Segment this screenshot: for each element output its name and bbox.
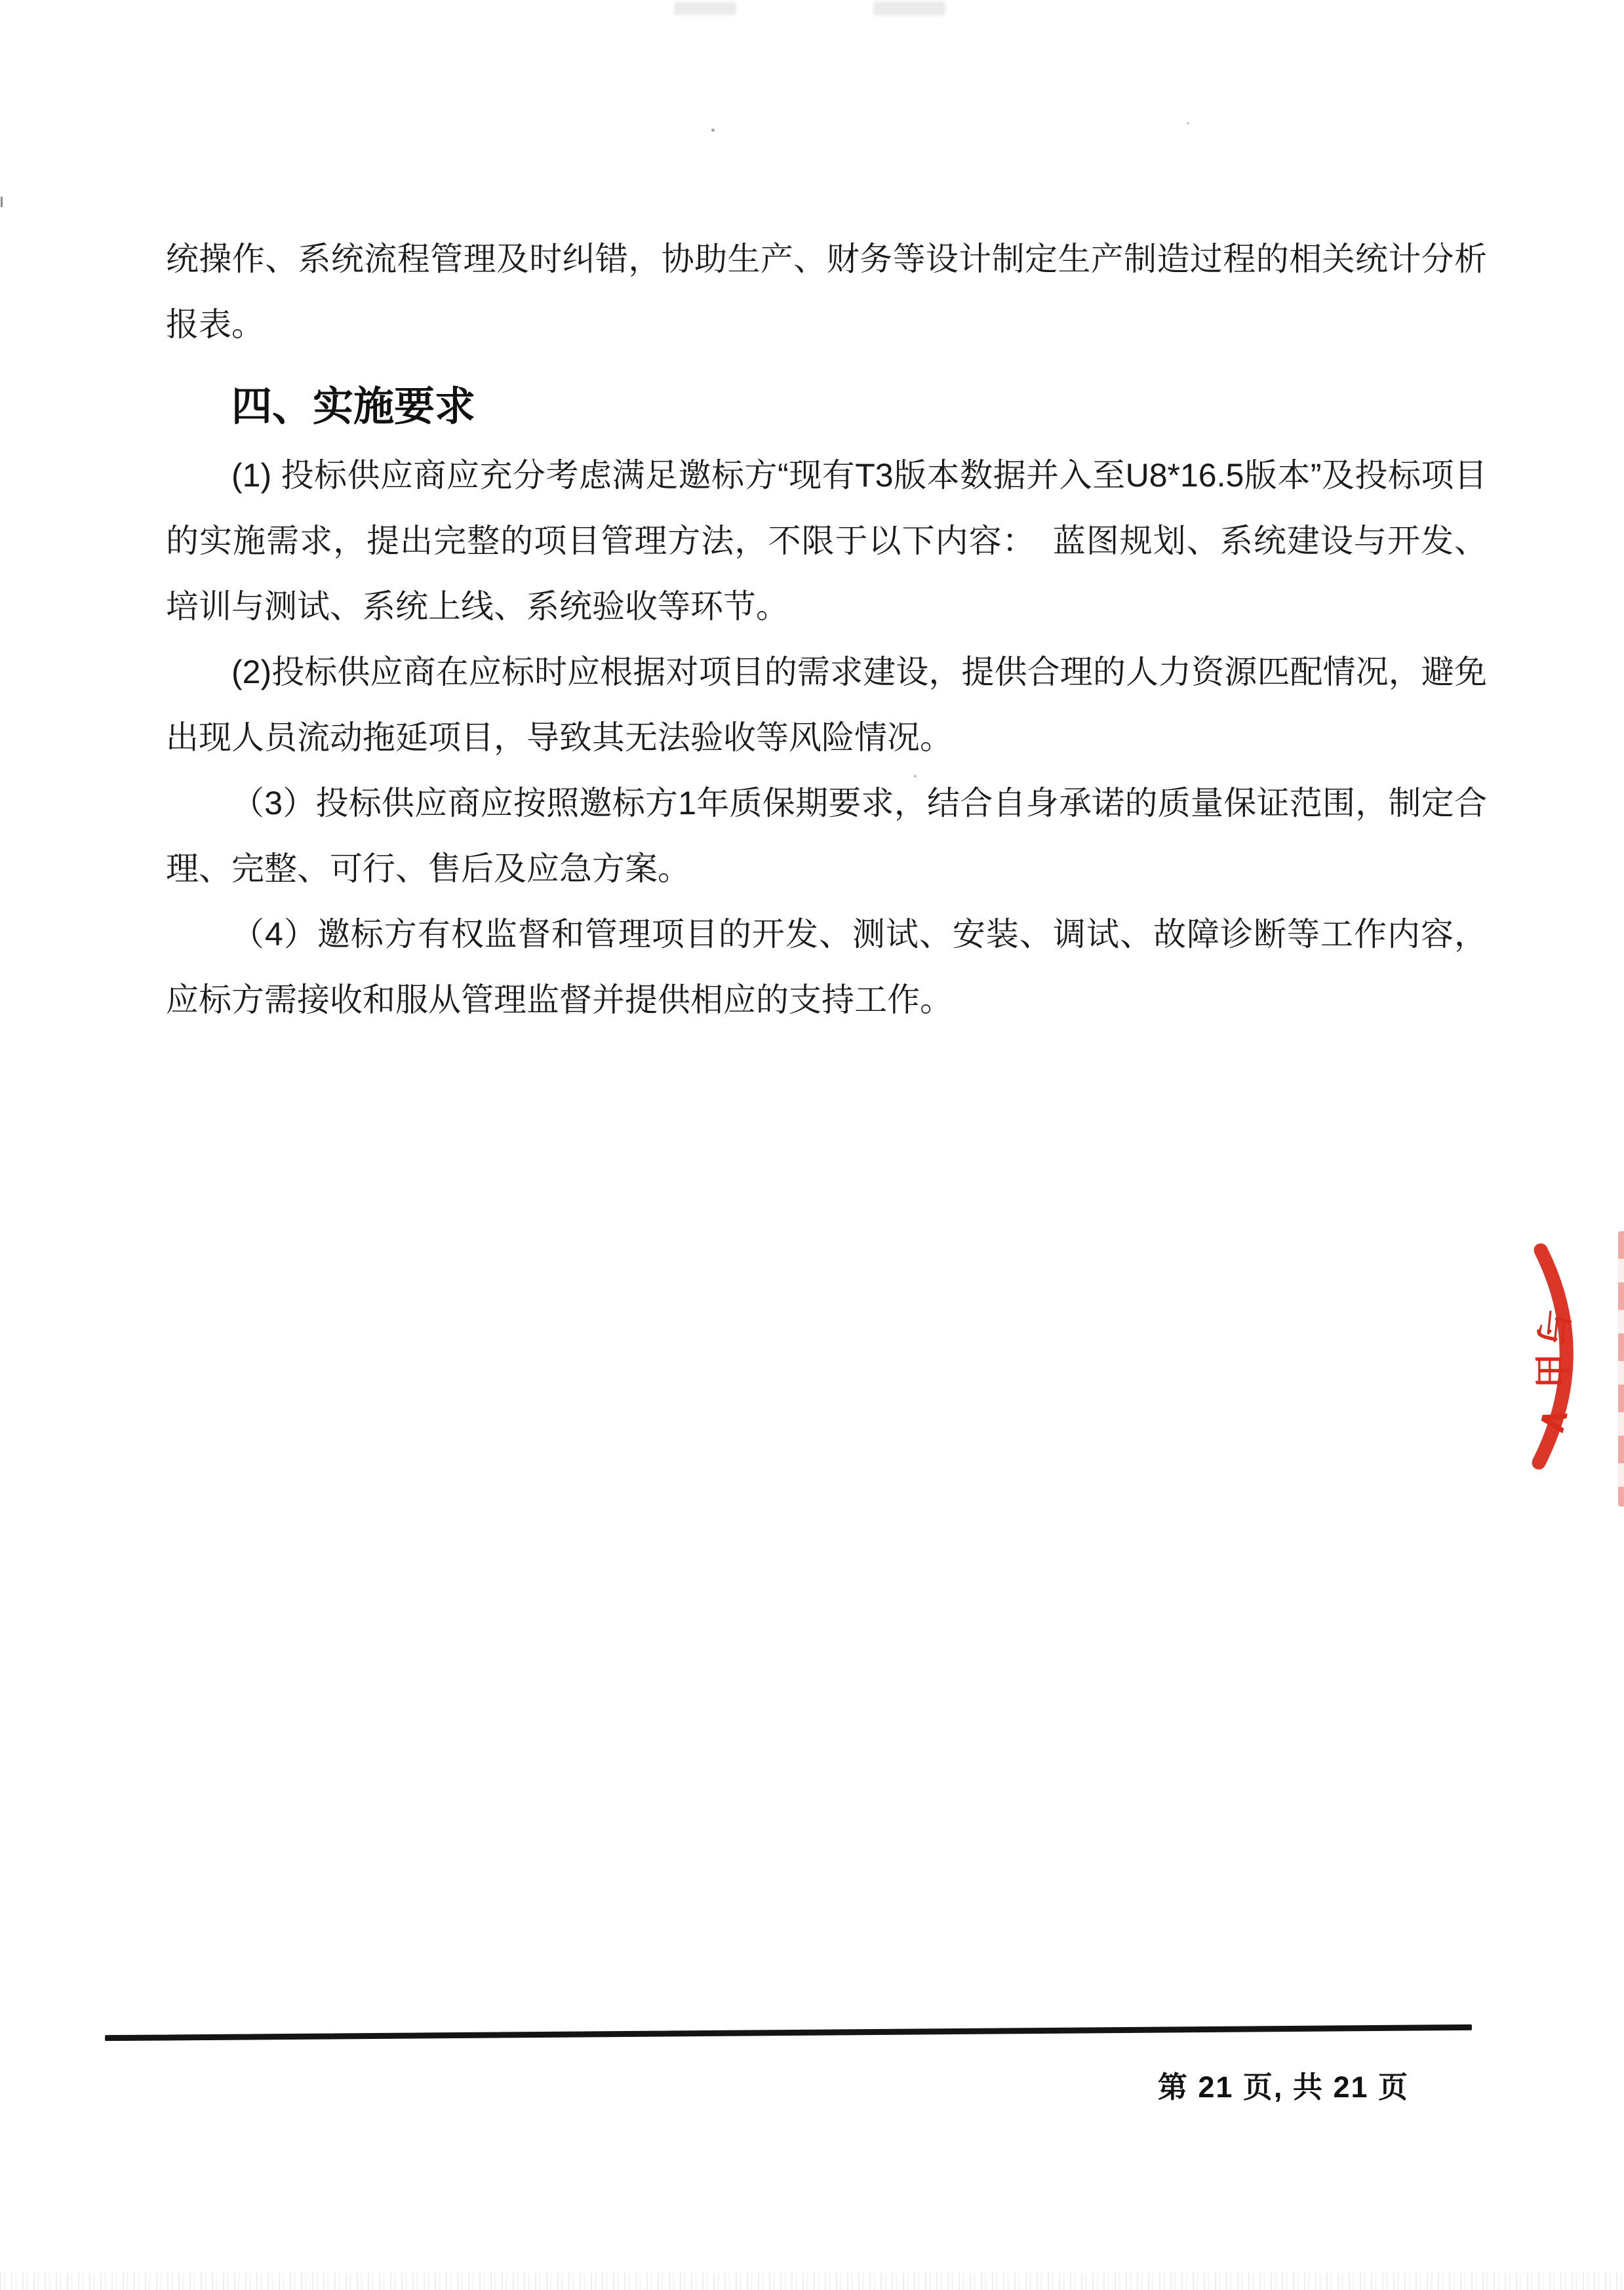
section-heading: 四、实施要求 <box>166 372 1487 443</box>
red-seal-stamp-partial: 与 由 ∨ <box>1495 1242 1624 1472</box>
seal-glyph: 由 <box>1531 1353 1570 1389</box>
document-page: 统操作、系统流程管理及时纠错，协助生产、财务等设计制定生产制造过程的相关统计分析… <box>0 0 1624 2290</box>
page-body: 统操作、系统流程管理及时纠错，协助生产、财务等设计制定生产制造过程的相关统计分析… <box>166 226 1487 1033</box>
scan-smudge <box>674 2 736 15</box>
paragraph-implementation-3: （3）投标供应商应按照邀标方1年质保期要求，结合自身承诺的质量保证范围，制定合理… <box>166 770 1487 901</box>
scan-edge-mark <box>1 197 3 207</box>
paragraph-implementation-1: (1) 投标供应商应充分考虑满足邀标方“现有T3版本数据并入至U8*16.5版本… <box>166 443 1487 639</box>
page-number-label: 第 21 页, 共 21 页 <box>1158 2063 1409 2106</box>
scan-speck <box>1187 122 1189 125</box>
paragraph-implementation-4: （4）邀标方有权监督和管理项目的开发、测试、安装、调试、故障诊断等工作内容，应标… <box>166 901 1487 1033</box>
scan-smudge <box>873 1 945 16</box>
paragraph-intro-continuation: 统操作、系统流程管理及时纠错，协助生产、财务等设计制定生产制造过程的相关统计分析… <box>166 226 1487 357</box>
footer-divider-line <box>105 2024 1472 2041</box>
scan-speck <box>711 128 715 132</box>
paragraph-implementation-2: (2)投标供应商在应标时应根据对项目的需求建设，提供合理的人力资源匹配情况，避免… <box>166 639 1487 770</box>
seal-glyph: 与 <box>1531 1308 1574 1347</box>
scanner-noise-strip <box>0 2273 1624 2290</box>
red-seal-edge-fragment <box>1618 1231 1624 1507</box>
seal-glyph: ∨ <box>1531 1402 1581 1440</box>
